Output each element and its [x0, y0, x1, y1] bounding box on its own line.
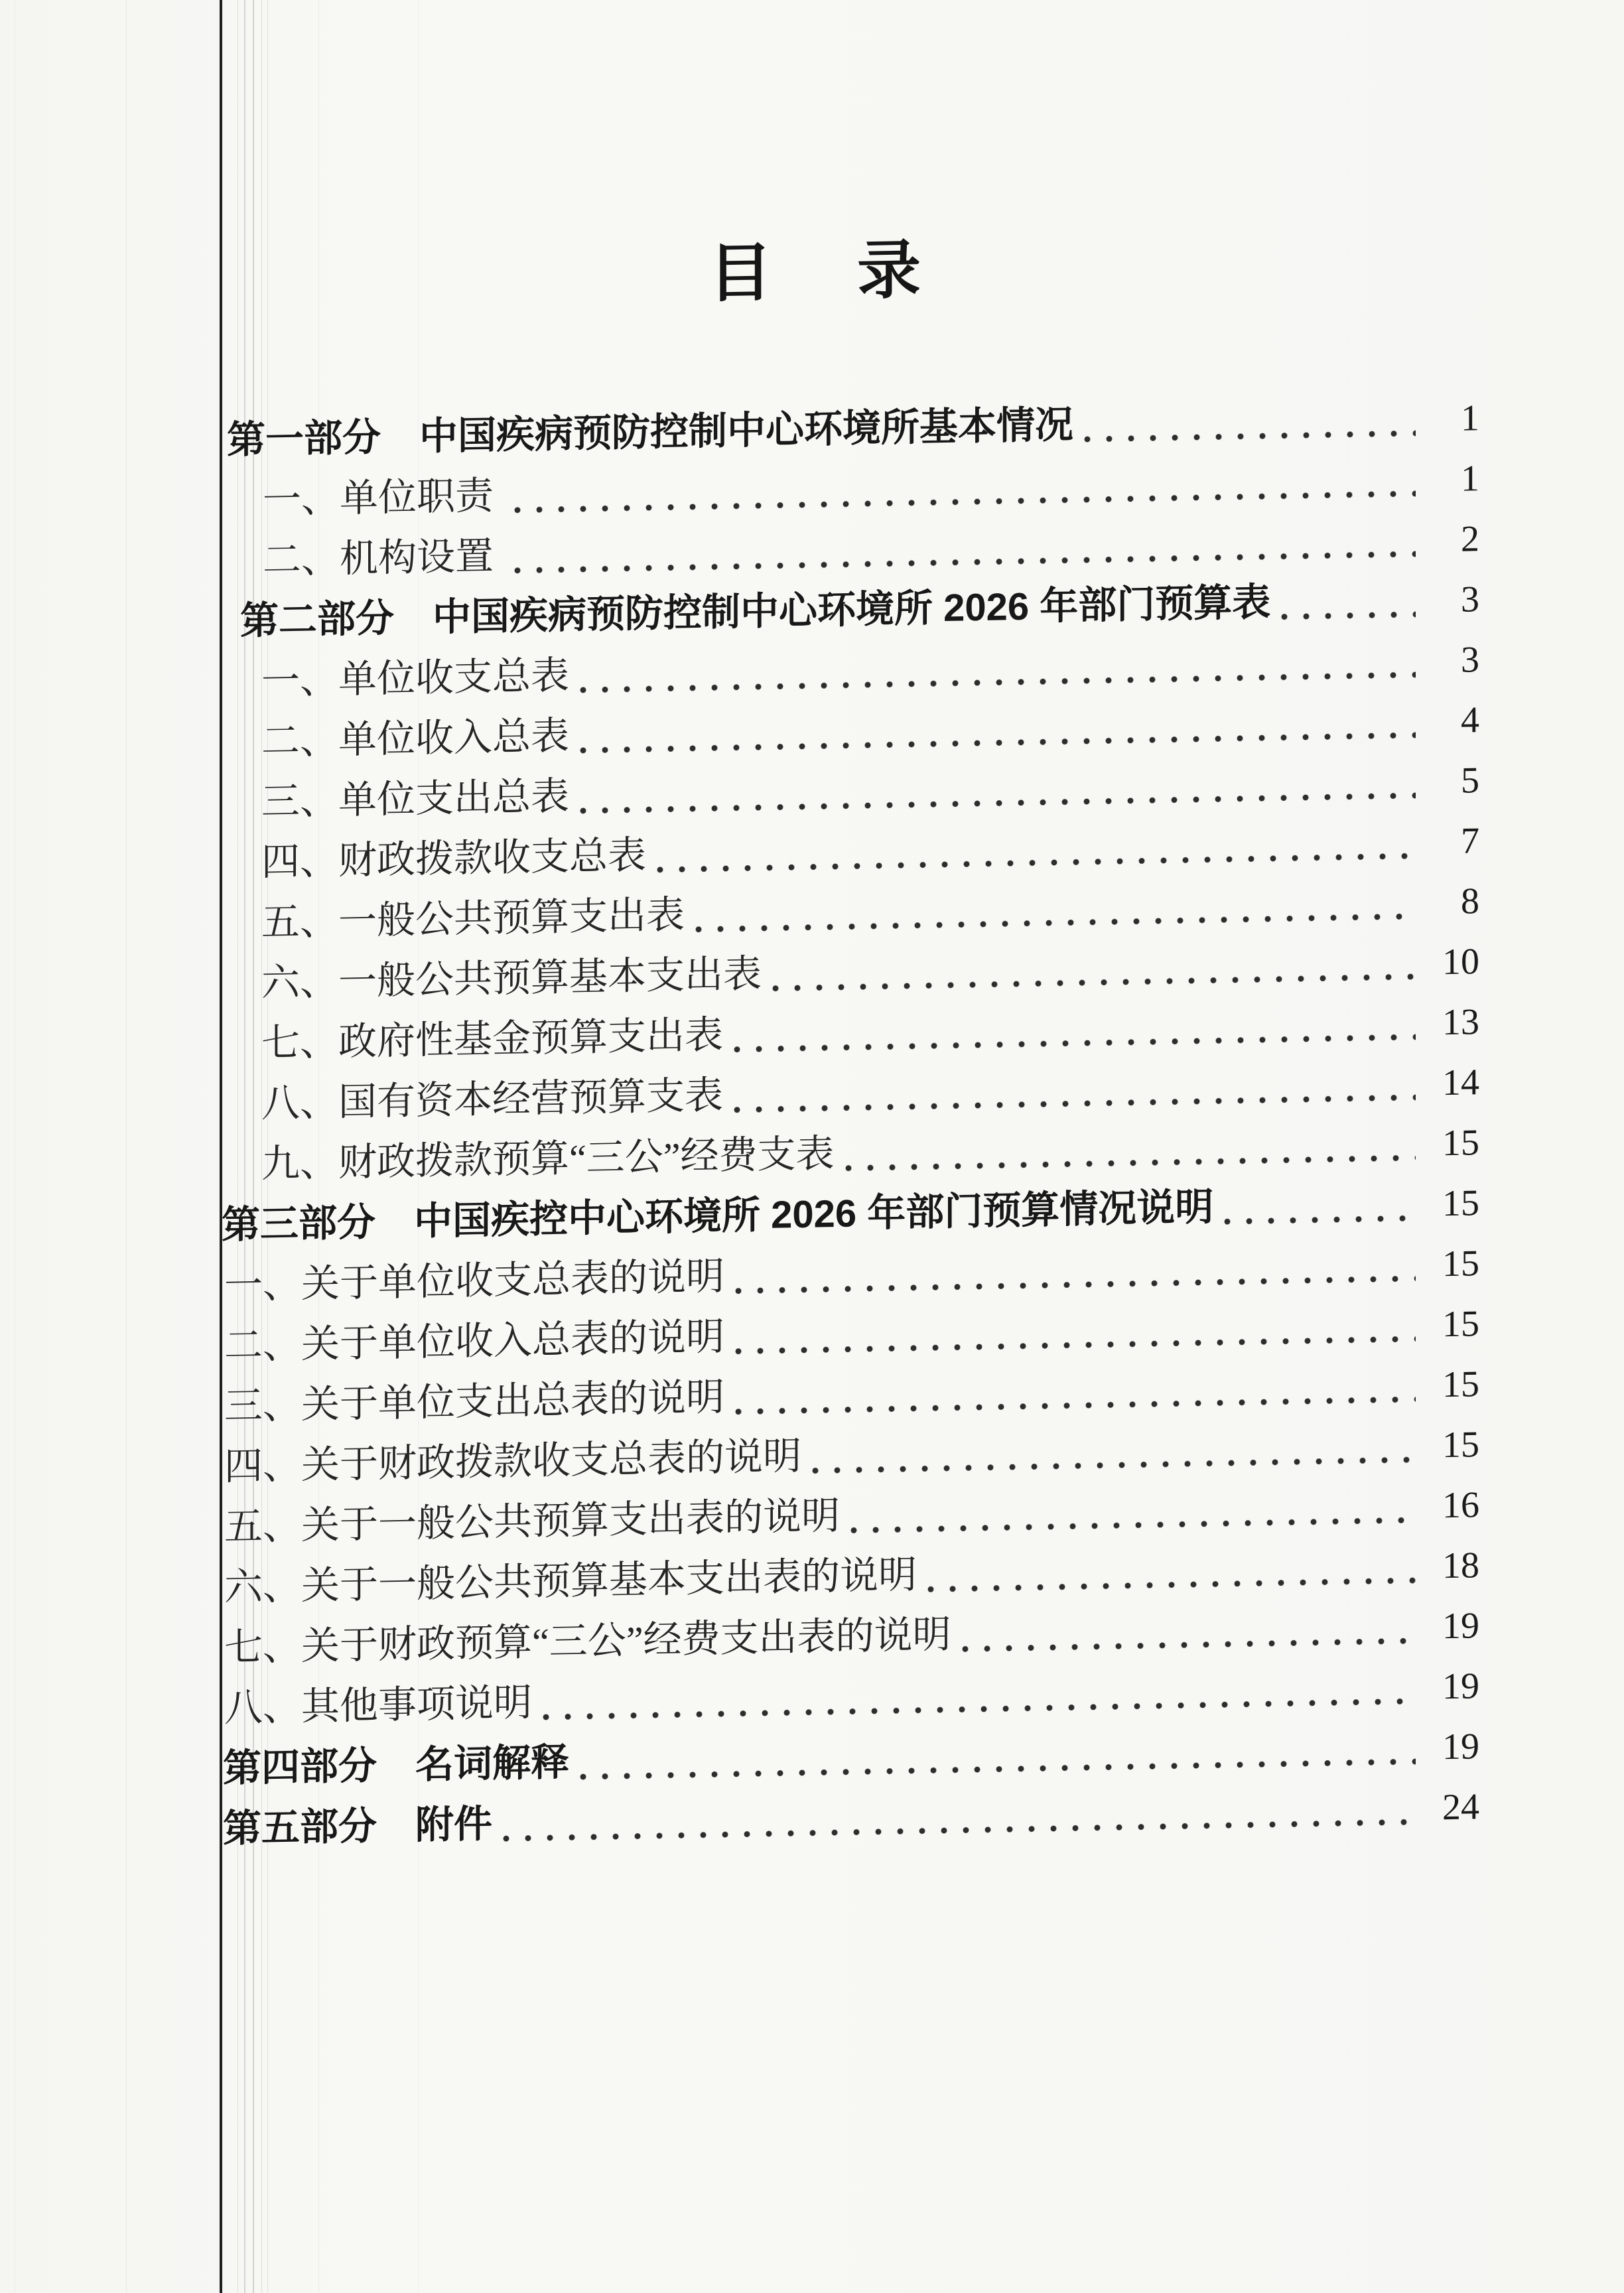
toc-entry-page: 14: [1424, 1052, 1479, 1114]
toc-entry-page: 19: [1424, 1656, 1479, 1718]
toc-entry-page: 1: [1424, 449, 1479, 510]
dot-leader: [927, 1535, 1416, 1604]
toc-entry-label: 九、财政拨款预算“三公”经费支表: [261, 1123, 835, 1194]
page-title: 目 录: [220, 224, 1479, 320]
toc-entry-page: 1: [1424, 388, 1479, 450]
toc-entry-label: 一、关于单位收支总表的说明: [224, 1246, 724, 1316]
toc-entry-label: 三、单位支出总表: [261, 766, 569, 832]
toc-entry-page: 10: [1424, 932, 1479, 993]
toc-entry-page: 15: [1424, 1415, 1479, 1476]
toc-entry-page: 3: [1424, 569, 1479, 631]
dot-leader: [1281, 569, 1416, 632]
toc-entry-page: 5: [1424, 750, 1479, 812]
toc-list: 第一部分 中国疾病预防控制中心环境所基本情况1一、单位职责 1二、机构设置 2第…: [220, 387, 1479, 1859]
toc-entry-label: 八、其他事项说明: [224, 1672, 532, 1738]
toc-entry-page: 13: [1424, 992, 1479, 1054]
toc-entry-page: 19: [1424, 1596, 1479, 1657]
document-page: 目 录 第一部分 中国疾病预防控制中心环境所基本情况1一、单位职责 1二、机构设…: [0, 0, 1624, 2293]
toc-entry-page: 24: [1424, 1777, 1479, 1839]
toc-entry-label: 三、关于单位支出总表的说明: [224, 1367, 724, 1436]
dot-leader: [850, 1475, 1416, 1546]
toc-entry-page: 15: [1424, 1173, 1479, 1235]
toc-entry-label: 八、国有资本经营预算支表: [261, 1065, 723, 1134]
toc-entry-page: 2: [1424, 509, 1479, 571]
toc-content: 目 录 第一部分 中国疾病预防控制中心环境所基本情况1一、单位职责 1二、机构设…: [220, 224, 1479, 1859]
toc-entry-page: 15: [1424, 1233, 1479, 1295]
toc-entry-page: 15: [1424, 1113, 1479, 1174]
toc-entry-page: 3: [1424, 630, 1479, 691]
dot-leader: [962, 1596, 1416, 1665]
toc-entry-label: 第五部分 附件: [223, 1793, 492, 1858]
toc-entry-label: 四、财政拨款收支总表: [261, 825, 646, 892]
toc-entry-page: 15: [1424, 1354, 1479, 1416]
toc-entry-page: 4: [1424, 690, 1479, 752]
toc-entry-label: 第四部分 名词解释: [223, 1732, 569, 1799]
scan-artifact-line: [15, 0, 15, 2293]
toc-entry-label: 一、单位职责: [263, 465, 504, 530]
dot-leader: [845, 1113, 1416, 1184]
dot-leader: [812, 1415, 1416, 1486]
toc-entry-label: 一、单位收支总表: [261, 645, 569, 711]
toc-entry-label: 五、一般公共预算支出表: [261, 884, 685, 953]
toc-entry-label: 七、政府性基金预算支出表: [261, 1005, 723, 1074]
dot-leader: [1084, 388, 1416, 454]
toc-entry-label: 二、机构设置: [263, 525, 504, 591]
scan-artifact-line: [126, 0, 127, 2293]
dot-leader: [1224, 1173, 1416, 1237]
toc-entry-page: 18: [1424, 1535, 1479, 1597]
toc-entry-page: 8: [1424, 871, 1479, 933]
toc-entry-label: 二、关于单位收入总表的说明: [224, 1306, 724, 1376]
toc-entry-label: 六、一般公共预算基本支出表: [261, 943, 762, 1013]
toc-entry-label: 二、单位收入总表: [261, 705, 569, 772]
toc-entry-page: 19: [1424, 1716, 1479, 1778]
toc-entry-label: 四、关于财政拨款收支总表的说明: [224, 1426, 801, 1497]
toc-entry-page: 15: [1424, 1294, 1479, 1355]
toc-entry-page: 7: [1424, 811, 1479, 872]
toc-entry-page: 16: [1424, 1475, 1479, 1537]
toc-entry-label: 五、关于一般公共预算支出表的说明: [224, 1486, 840, 1557]
dot-leader: [772, 932, 1416, 1004]
